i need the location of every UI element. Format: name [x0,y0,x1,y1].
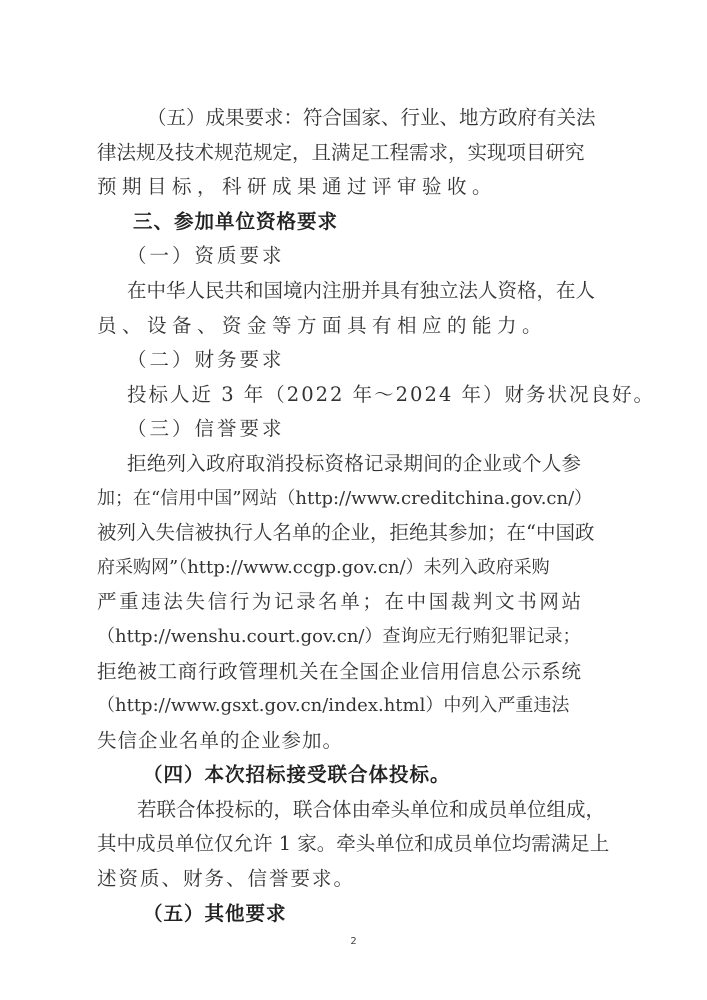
paragraph-line: 府采购网”（http://www.ccgp.gov.cn/）未列入政府采购 [97,551,581,586]
paragraph-line: （五）成果要求：符合国家、行业、地方政府有关法 [97,101,581,136]
bold-subheading: （五）其他要求 [97,897,581,932]
subheading: （二）财务要求 [97,343,581,378]
subheading: （一）资质要求 [97,239,581,274]
paragraph-line: 拒绝被工商行政管理机关在全国企业信用信息公示系统 [97,655,581,690]
subheading: （三）信誉要求 [97,412,581,447]
paragraph-line: 加；在“信用中国”网站（http://www.creditchina.gov.c… [97,482,581,517]
paragraph-line: 在中华人民共和国境内注册并具有独立法人资格，在人 [97,274,581,309]
paragraph-line: （http://www.gsxt.gov.cn/index.html）中列入严重… [97,689,581,724]
paragraph-line: 述资质、财务、信誉要求。 [97,862,581,897]
paragraph-line: 被列入失信被执行人名单的企业，拒绝其参加；在“中国政 [97,516,581,551]
page-number: 2 [0,936,707,947]
section-heading: 三、参加单位资格要求 [97,205,581,240]
paragraph-line: 其中成员单位仅允许 1 家。牵头单位和成员单位均需满足上 [97,827,581,862]
paragraph-line: 拒绝列入政府取消投标资格记录期间的企业或个人参 [97,447,581,482]
paragraph-line: 员、设备、资金等方面具有相应的能力。 [97,309,581,344]
paragraph-line: 预期目标，科研成果通过评审验收。 [97,170,581,205]
paragraph-line: 失信企业名单的企业参加。 [97,724,581,759]
paragraph-line: 投标人近 3 年（2022 年～2024 年）财务状况良好。 [97,378,581,413]
paragraph-line: 律法规及技术规范规定，且满足工程需求，实现项目研究 [97,136,581,171]
paragraph-line: 若联合体投标的，联合体由牵头单位和成员单位组成， [97,793,581,828]
paragraph-line: 严重违法失信行为记录名单；在中国裁判文书网站 [97,585,581,620]
bold-subheading: （四）本次招标接受联合体投标。 [97,758,581,793]
paragraph-line: （http://wenshu.court.gov.cn/）查询应无行贿犯罪记录； [97,620,581,655]
document-page: （五）成果要求：符合国家、行业、地方政府有关法 律法规及技术规范规定，且满足工程… [0,0,707,1000]
document-body: （五）成果要求：符合国家、行业、地方政府有关法 律法规及技术规范规定，且满足工程… [97,101,581,931]
